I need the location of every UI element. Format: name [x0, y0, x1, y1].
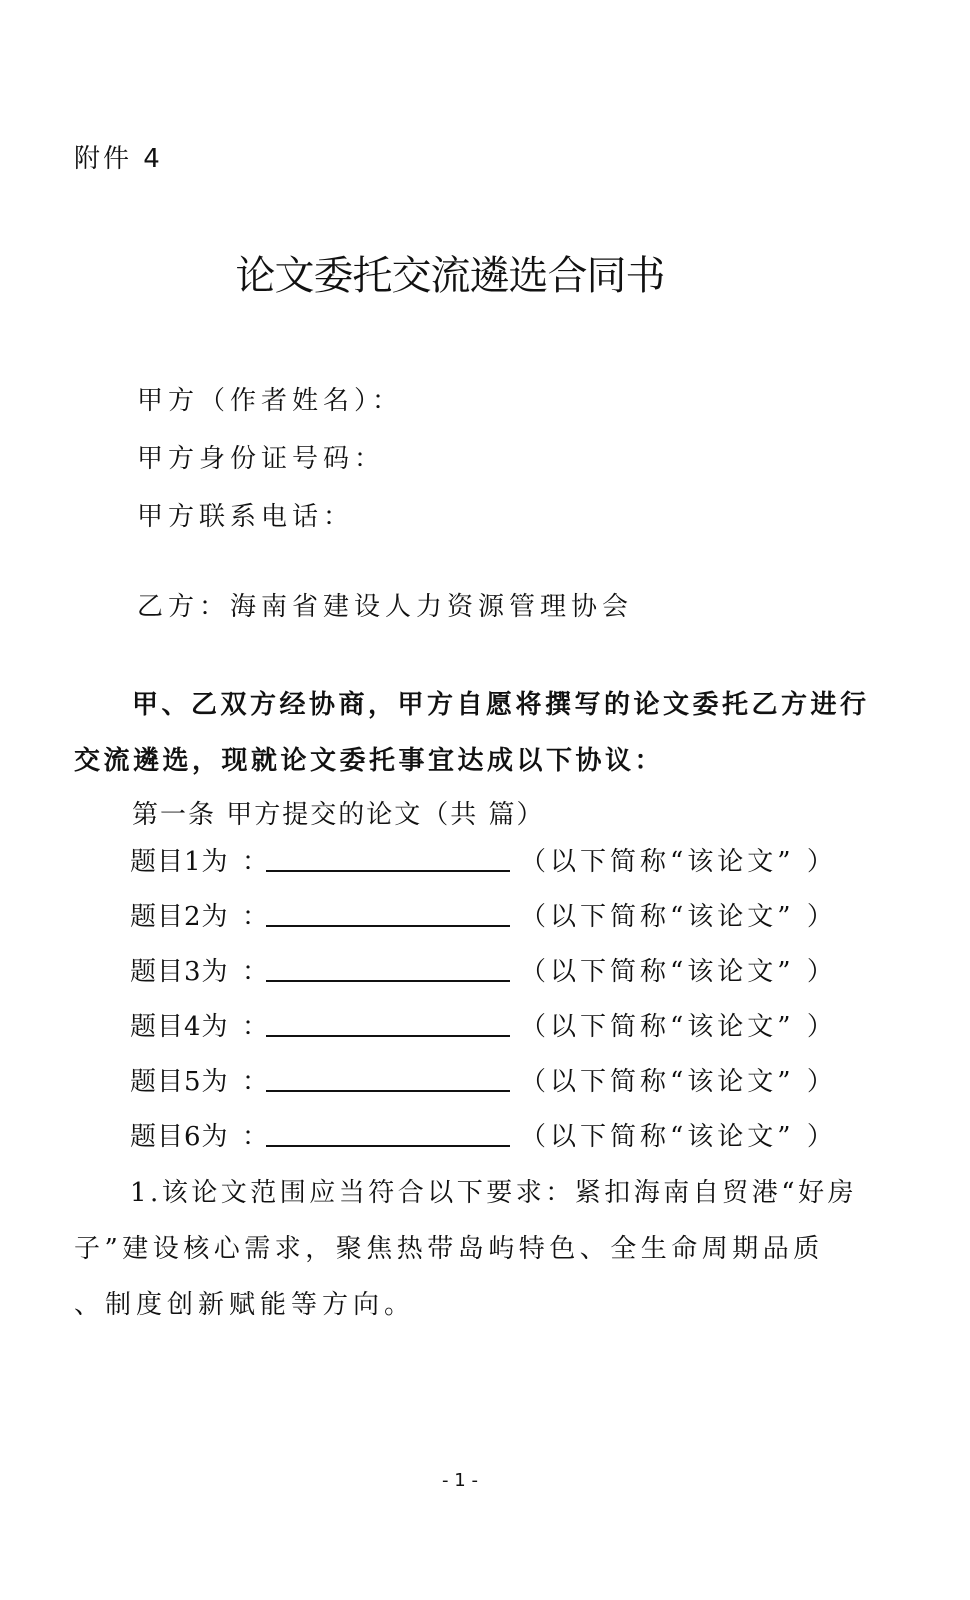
topic-label: 题目3为 — [130, 951, 242, 988]
intro-line-2: 交流遴选，现就论文委托事宜达成以下协议： — [74, 740, 664, 777]
topic-note: （以下简称“该论文” ） — [520, 951, 837, 988]
topic-row: 题目6为 ： （以下简称“该论文” ） — [130, 1117, 837, 1153]
topic-note: （以下简称“该论文” ） — [520, 841, 837, 878]
topic-row: 题目4为 ： （以下简称“该论文” ） — [130, 1007, 837, 1043]
topic-1-blank[interactable] — [266, 870, 510, 872]
topic-label: 题目6为 — [130, 1116, 242, 1153]
topic-4-blank[interactable] — [266, 1035, 510, 1037]
topic-note: （以下简称“该论文” ） — [520, 896, 837, 933]
topic-label: 题目1为 — [130, 841, 242, 878]
party-b-label: 乙方：海南省建设人力资源管理协会 — [137, 586, 633, 623]
party-a-phone-label: 甲方联系电话： — [137, 496, 354, 533]
article-1-heading: 第一条 甲方提交的论文（共 篇） — [132, 794, 545, 831]
topic-3-blank[interactable] — [266, 980, 510, 982]
topic-row: 题目1为 ： （以下简称“该论文” ） — [130, 842, 837, 878]
topic-colon: ： — [242, 1061, 266, 1098]
topic-6-blank[interactable] — [266, 1145, 510, 1147]
topic-note: （以下简称“该论文” ） — [520, 1116, 837, 1153]
topic-colon: ： — [242, 1116, 266, 1153]
clause-1-line-1: 1.该论文范围应当符合以下要求：紧扣海南自贸港“好房 — [130, 1172, 857, 1209]
topic-label: 题目5为 — [130, 1061, 242, 1098]
topic-label: 题目4为 — [130, 1006, 242, 1043]
topic-note: （以下简称“该论文” ） — [520, 1006, 837, 1043]
attachment-label: 附件 4 — [74, 138, 163, 175]
party-a-id-label: 甲方身份证号码： — [137, 438, 385, 475]
topic-colon: ： — [242, 951, 266, 988]
topic-colon: ： — [242, 841, 266, 878]
topic-5-blank[interactable] — [266, 1090, 510, 1092]
topic-row: 题目3为 ： （以下简称“该论文” ） — [130, 952, 837, 988]
clause-1-line-2: 子”建设核心需求，聚焦热带岛屿特色、全生命周期品质 — [74, 1228, 824, 1265]
topic-label: 题目2为 — [130, 896, 242, 933]
topic-colon: ： — [242, 896, 266, 933]
topic-row: 题目2为 ： （以下简称“该论文” ） — [130, 897, 837, 933]
intro-line-1: 甲、乙双方经协商，甲方自愿将撰写的论文委托乙方进行 — [132, 684, 870, 721]
page-number: - 1 - — [0, 1470, 920, 1491]
party-a-name-label: 甲方（作者姓名）： — [137, 380, 403, 417]
document-title: 论文委托交流遴选合同书 — [0, 244, 900, 301]
clause-1-line-3: 、制度创新赋能等方向。 — [74, 1284, 415, 1321]
topic-row: 题目5为 ： （以下简称“该论文” ） — [130, 1062, 837, 1098]
topic-colon: ： — [242, 1006, 266, 1043]
topic-note: （以下简称“该论文” ） — [520, 1061, 837, 1098]
topic-2-blank[interactable] — [266, 925, 510, 927]
